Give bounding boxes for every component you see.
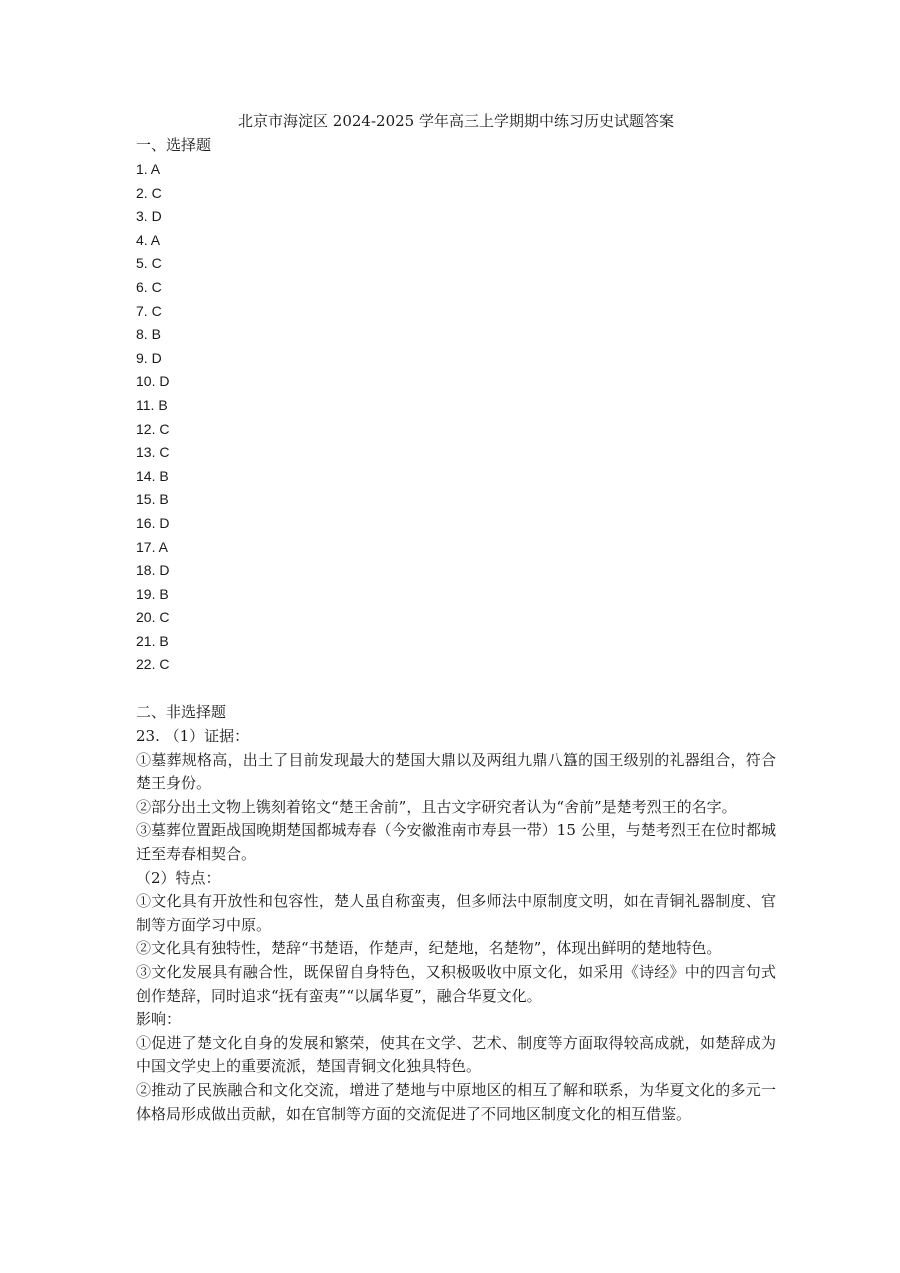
evidence-item: ②部分出土文物上镌刻着铭文“楚王舍前”，且古文字研究者认为“舍前”是楚考烈王的名… bbox=[136, 796, 776, 820]
q23-part1-label: 23. （1）证据： bbox=[136, 725, 776, 749]
feature-item: ②文化具有独特性，楚辞“书楚语，作楚声，纪楚地，名楚物”，体现出鲜明的楚地特色。 bbox=[136, 937, 776, 961]
answer-item: 4. A bbox=[136, 229, 776, 253]
answer-item: 3. D bbox=[136, 205, 776, 229]
answer-item: 12. C bbox=[136, 418, 776, 442]
answer-item: 18. D bbox=[136, 559, 776, 583]
evidence-item: ①墓葬规格高，出土了目前发现最大的楚国大鼎以及两组九鼎八簋的国王级别的礼器组合，… bbox=[136, 749, 776, 796]
answer-item: 1. A bbox=[136, 158, 776, 182]
answer-item: 17. A bbox=[136, 536, 776, 560]
answer-item: 2. C bbox=[136, 182, 776, 206]
document-page: 北京市海淀区 2024-2025 学年高三上学期期中练习历史试题答案 一、选择题… bbox=[136, 110, 776, 1126]
impact-item: ①促进了楚文化自身的发展和繁荣，使其在文学、艺术、制度等方面取得较高成就，如楚辞… bbox=[136, 1032, 776, 1079]
q23-part2-label: （2）特点： bbox=[136, 867, 776, 891]
answer-item: 8. B bbox=[136, 323, 776, 347]
evidence-item: ③墓葬位置距战国晚期楚国都城寿春（今安徽淮南市寿县一带）15 公里，与楚考烈王在… bbox=[136, 819, 776, 866]
answer-list: 1. A 2. C 3. D 4. A 5. C 6. C 7. C 8. B … bbox=[136, 158, 776, 677]
answer-item: 5. C bbox=[136, 252, 776, 276]
answer-item: 10. D bbox=[136, 370, 776, 394]
section-heading-non-choice: 二、非选择题 bbox=[136, 701, 776, 725]
answer-item: 14. B bbox=[136, 465, 776, 489]
impact-label: 影响： bbox=[136, 1008, 776, 1032]
answer-item: 19. B bbox=[136, 583, 776, 607]
answer-item: 11. B bbox=[136, 394, 776, 418]
answer-item: 13. C bbox=[136, 441, 776, 465]
document-title: 北京市海淀区 2024-2025 学年高三上学期期中练习历史试题答案 bbox=[136, 110, 776, 134]
answer-item: 21. B bbox=[136, 630, 776, 654]
answer-item: 6. C bbox=[136, 276, 776, 300]
answer-item: 20. C bbox=[136, 606, 776, 630]
section-heading-multiple-choice: 一、选择题 bbox=[136, 134, 776, 158]
feature-item: ①文化具有开放性和包容性，楚人虽自称蛮夷，但多师法中原制度文明，如在青铜礼器制度… bbox=[136, 890, 776, 937]
answer-item: 22. C bbox=[136, 653, 776, 677]
feature-item: ③文化发展具有融合性，既保留自身特色，又积极吸收中原文化，如采用《诗经》中的四言… bbox=[136, 961, 776, 1008]
answer-item: 15. B bbox=[136, 488, 776, 512]
spacer bbox=[136, 677, 776, 701]
answer-item: 16. D bbox=[136, 512, 776, 536]
answer-item: 9. D bbox=[136, 347, 776, 371]
impact-item: ②推动了民族融合和文化交流，增进了楚地与中原地区的相互了解和联系，为华夏文化的多… bbox=[136, 1079, 776, 1126]
answer-item: 7. C bbox=[136, 300, 776, 324]
